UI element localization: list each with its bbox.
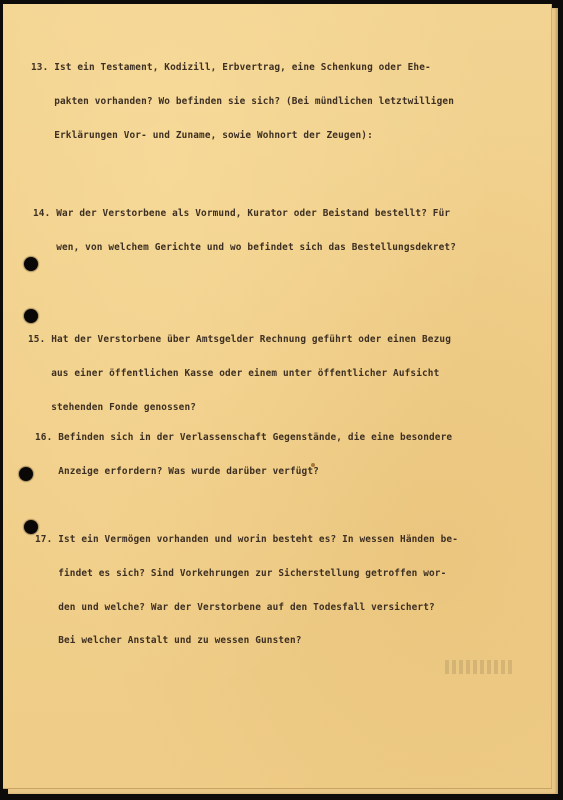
question-text-line: findet es sich? Sind Vorkehrungen zur Si… [58, 568, 446, 579]
question-number: 17. [35, 534, 52, 545]
question-text-line: pakten vorhanden? Wo befinden sie sich? … [54, 96, 454, 107]
question-13: 13. Ist ein Testament, Kodizill, Erbvert… [31, 40, 454, 152]
question-text-line: wen, von welchem Gerichte und wo befinde… [56, 242, 456, 253]
punch-hole [19, 467, 33, 481]
question-15: 15. Hat der Verstorbene über Amtsgelder … [28, 312, 451, 424]
question-text-line: Hat der Verstorbene über Amtsgelder Rech… [51, 334, 451, 345]
question-number: 15. [28, 334, 45, 345]
question-number: 13. [31, 62, 48, 73]
question-number: 14. [33, 208, 50, 219]
question-text-line: den und welche? War der Verstorbene auf … [58, 602, 435, 613]
question-text-line: War der Verstorbene als Vormund, Kurator… [56, 208, 450, 219]
question-14: 14. War der Verstorbene als Vormund, Kur… [33, 186, 456, 264]
question-text-line: Ist ein Vermögen vorhanden und worin bes… [58, 534, 458, 545]
question-17: 17. Ist ein Vermögen vorhanden und worin… [35, 512, 458, 658]
question-text-line: Bei welcher Anstalt und zu wessen Gunste… [58, 635, 301, 646]
question-16: 16. Befinden sich in der Verlassenschaft… [35, 410, 452, 488]
bleed-through-text [445, 660, 515, 674]
question-text-line: Anzeige erfordern? Was wurde darüber ver… [58, 466, 319, 477]
question-text-line: aus einer öffentlichen Kasse oder einem … [51, 368, 439, 379]
question-text-line: Erklärungen Vor- und Zuname, sowie Wohno… [54, 130, 373, 141]
question-text-line: Befinden sich in der Verlassenschaft Geg… [58, 432, 452, 443]
question-number: 16. [35, 432, 52, 443]
question-text-line: Ist ein Testament, Kodizill, Erbvertrag,… [54, 62, 431, 73]
